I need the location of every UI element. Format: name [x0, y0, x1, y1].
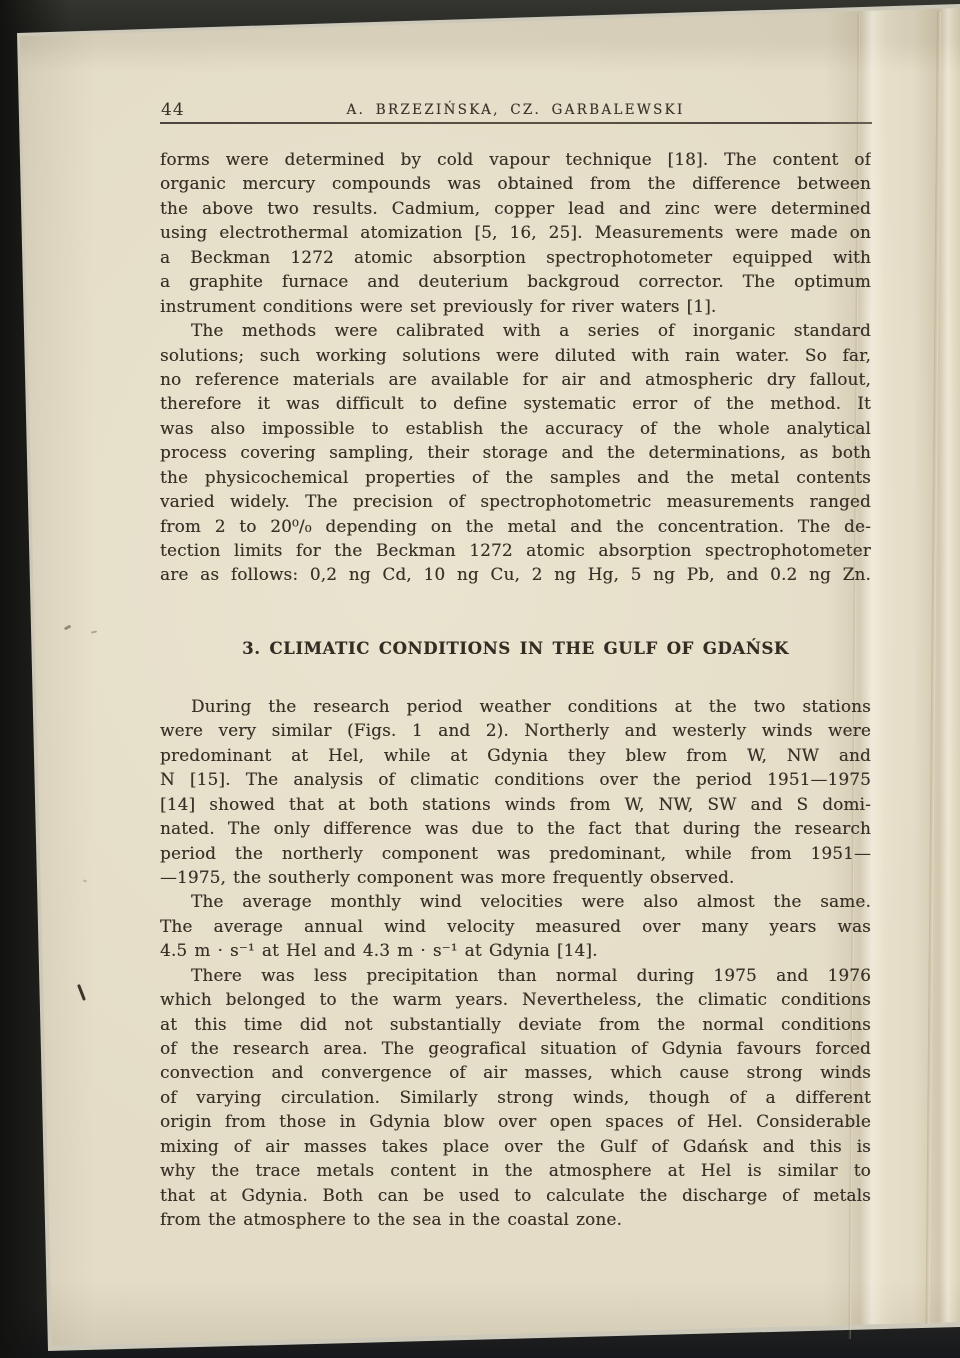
text-line: period the northerly component was predo… — [160, 841, 871, 865]
text-line: was also impossible to establish the acc… — [160, 416, 871, 440]
text-line: which belonged to the warm years. Nevert… — [160, 987, 871, 1011]
text-line: predominant at Hel, while at Gdynia they… — [160, 743, 871, 767]
text-line: from 2 to 20⁰/₀ depending on the metal a… — [160, 514, 871, 538]
text-line: are as follows: 0,2 ng Cd, 10 ng Cu, 2 n… — [160, 562, 871, 586]
scanned-page: 44 A. BRZEZIŃSKA, CZ. GARBALEWSKI forms … — [0, 0, 960, 1358]
text-line: organic mercury compounds was obtained f… — [160, 171, 871, 195]
text-line: a graphite furnace and deuterium backgro… — [160, 269, 871, 293]
text-line: at this time did not substantially devia… — [160, 1012, 871, 1036]
text-line: The average annual wind velocity measure… — [160, 914, 871, 938]
running-title: A. BRZEZIŃSKA, CZ. GARBALEWSKI — [160, 98, 871, 118]
text-line: —1975, the southerly component was more … — [160, 865, 871, 889]
text-line: 4.5 m · s⁻¹ at Hel and 4.3 m · s⁻¹ at Gd… — [160, 938, 871, 962]
text-line: mixing of air masses takes place over th… — [160, 1134, 871, 1158]
paragraph: The methods were calibrated with a serie… — [160, 318, 871, 587]
paragraph: The average monthly wind velocities were… — [160, 889, 871, 962]
text-line: therefore it was difficult to define sys… — [160, 391, 871, 415]
text-line: a Beckman 1272 atomic absorption spectro… — [160, 245, 871, 269]
text-line: the physicochemical properties of the sa… — [160, 465, 871, 489]
page-content: 44 A. BRZEZIŃSKA, CZ. GARBALEWSKI forms … — [160, 98, 871, 118]
section-heading: 3. CLIMATIC CONDITIONS IN THE GULF OF GD… — [160, 638, 871, 660]
paragraph: During the research period weather condi… — [160, 694, 871, 890]
text-line: from the atmosphere to the sea in the co… — [160, 1207, 871, 1231]
page-number: 44 — [161, 100, 185, 120]
text-line: were very similar (Figs. 1 and 2). North… — [160, 718, 871, 742]
text-line: instrument conditions were set previousl… — [160, 294, 871, 318]
header-rule — [160, 122, 872, 124]
text-line: that at Gdynia. Both can be used to calc… — [160, 1183, 871, 1207]
text-line: N [15]. The analysis of climatic conditi… — [160, 767, 871, 791]
paragraph: There was less precipitation than normal… — [160, 963, 871, 1232]
text-line: forms were determined by cold vapour tec… — [160, 147, 871, 171]
text-line: The methods were calibrated with a serie… — [160, 318, 871, 342]
text-line: of the research area. The geografical si… — [160, 1036, 871, 1060]
text-line: no reference materials are available for… — [160, 367, 871, 391]
text-line: varied widely. The precision of spectrop… — [160, 489, 871, 513]
text-line: There was less precipitation than normal… — [160, 963, 871, 987]
body-text: forms were determined by cold vapour tec… — [160, 147, 871, 1232]
text-line: The average monthly wind velocities were… — [160, 889, 871, 913]
text-line: why the trace metals content in the atmo… — [160, 1158, 871, 1182]
text-line: process covering sampling, their storage… — [160, 440, 871, 464]
paragraph: forms were determined by cold vapour tec… — [160, 147, 871, 318]
text-line: [14] showed that at both stations winds … — [160, 792, 871, 816]
text-line: convection and convergence of air masses… — [160, 1060, 871, 1084]
text-line: nated. The only difference was due to th… — [160, 816, 871, 840]
text-line: of varying circulation. Similarly strong… — [160, 1085, 871, 1109]
text-line: the above two results. Cadmium, copper l… — [160, 196, 871, 220]
text-line: origin from those in Gdynia blow over op… — [160, 1109, 871, 1133]
text-line: tection limits for the Beckman 1272 atom… — [160, 538, 871, 562]
text-line: During the research period weather condi… — [160, 694, 871, 718]
text-line: using electrothermal atomization [5, 16,… — [160, 220, 871, 244]
text-line: solutions; such working solutions were d… — [160, 343, 871, 367]
